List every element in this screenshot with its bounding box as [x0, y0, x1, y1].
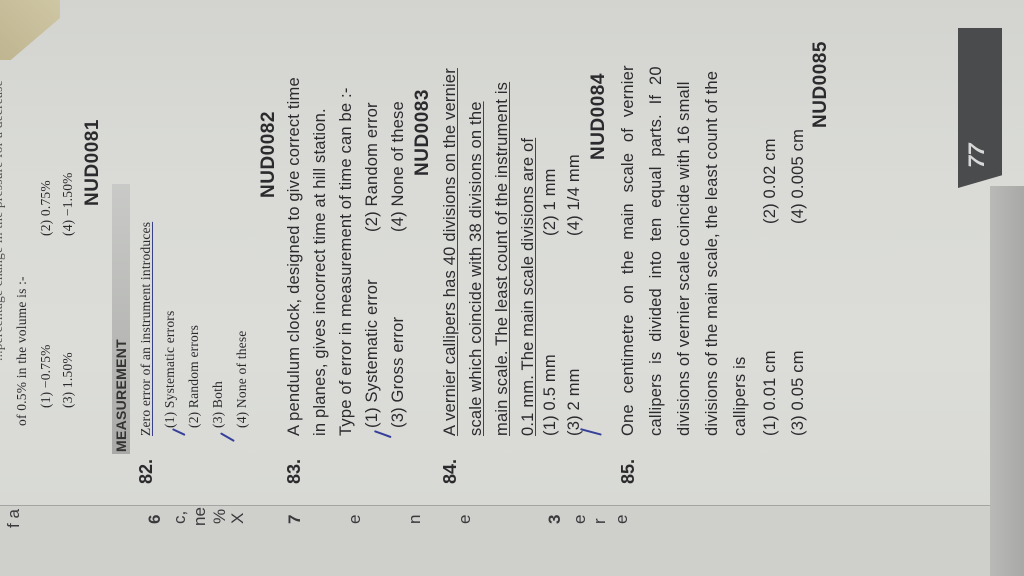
desk-background — [0, 0, 60, 60]
question-stem-line: A pendulum clock, designed to give corre… — [284, 77, 304, 436]
option: (2) 1 mm — [540, 168, 560, 236]
margin-char: X — [228, 513, 248, 524]
page-fold-line — [0, 505, 1024, 506]
question-number: 84. — [440, 459, 461, 484]
pen-tick-mark — [172, 428, 186, 436]
question-stem: Zero error of an instrument introduces — [136, 222, 156, 436]
option: (1) Systematic errors — [160, 311, 180, 428]
margin-char: e — [612, 515, 632, 524]
question-stem-line: A vernier callipers has 40 divisions on … — [440, 68, 460, 436]
question-code: NUD0084 — [588, 73, 610, 160]
option: (1) 0.5 mm — [540, 354, 560, 436]
option: (3) Gross error — [388, 317, 408, 428]
option: (4) None of these — [388, 101, 408, 232]
photo-frame: f a 6 c, ne % X 7 e n e 3 e r e ...perce… — [0, 0, 1024, 576]
prev-question-stem: of 0.5% in the volume is :- — [12, 276, 32, 426]
question-stem-line: callipers is divided into ten equal part… — [646, 66, 666, 436]
option: (4) None of these — [232, 331, 252, 429]
question-stem-line: Type of error in measurement of time can… — [336, 87, 356, 436]
question-code: NUD0082 — [258, 111, 280, 198]
prev-option: (4) −1.50% — [58, 172, 78, 236]
partial-line: ...percentage change in the pressure for… — [0, 80, 8, 361]
question-code: NUD0081 — [82, 119, 104, 206]
margin-char: 7 — [285, 515, 305, 524]
margin-char: ne — [190, 507, 210, 526]
margin-char: e — [345, 515, 365, 524]
option: (3) Both — [208, 381, 228, 428]
page-bottom-shadow — [990, 186, 1024, 576]
margin-char: % — [210, 509, 230, 524]
option: (4) 0.005 cm — [788, 129, 808, 224]
margin-char: 6 — [145, 515, 165, 524]
question-stem-line: divisions of vernier scale coincide with… — [674, 81, 694, 436]
question-stem-line: One centimetre on the main scale of vern… — [618, 65, 638, 436]
option: (1) Systematic error — [362, 279, 382, 428]
question-code: NUD0085 — [810, 41, 832, 128]
prev-option: (3) 1.50% — [58, 352, 78, 408]
option: (1) 0.01 cm — [760, 350, 780, 436]
question-stem-line: 0.1 mm. The main scale divisions are of — [518, 138, 538, 436]
question-stem-line: in planes, gives incorrect time at hill … — [310, 108, 330, 436]
margin-char: r — [590, 518, 610, 524]
margin-char: c, — [170, 511, 190, 524]
margin-char: n — [405, 515, 425, 524]
option: (2) Random error — [362, 102, 382, 232]
prev-option: (1) −0.75% — [36, 344, 56, 408]
pen-tick-mark — [220, 432, 235, 442]
margin-char: 3 — [545, 515, 565, 524]
option: (3) 2 mm — [564, 368, 584, 436]
option: (2) Random errors — [184, 325, 204, 428]
prev-option: (2) 0.75% — [36, 180, 56, 236]
margin-char: f a — [4, 509, 24, 528]
page-number: 77 — [964, 144, 990, 168]
pen-tick-mark — [374, 430, 392, 438]
question-stem-line: scale which coincide with 38 divisions o… — [466, 101, 486, 436]
option: (2) 0.02 cm — [760, 138, 780, 224]
option: (4) 1/4 mm — [564, 154, 584, 236]
question-number: 82. — [136, 459, 157, 484]
option: (3) 0.05 cm — [788, 350, 808, 436]
question-stem-line: divisions of the main scale, the least c… — [702, 71, 722, 436]
textbook-page: f a 6 c, ne % X 7 e n e 3 e r e ...perce… — [0, 0, 1024, 576]
section-title: MEASUREMENT — [112, 339, 130, 452]
question-stem-line: main scale. The least count of the instr… — [492, 82, 512, 436]
margin-char: e — [570, 515, 590, 524]
question-number: 85. — [618, 459, 639, 484]
question-code: NUD0083 — [412, 89, 434, 176]
question-number: 83. — [284, 459, 305, 484]
margin-char: e — [455, 515, 475, 524]
question-stem-line: callipers is — [730, 357, 750, 436]
